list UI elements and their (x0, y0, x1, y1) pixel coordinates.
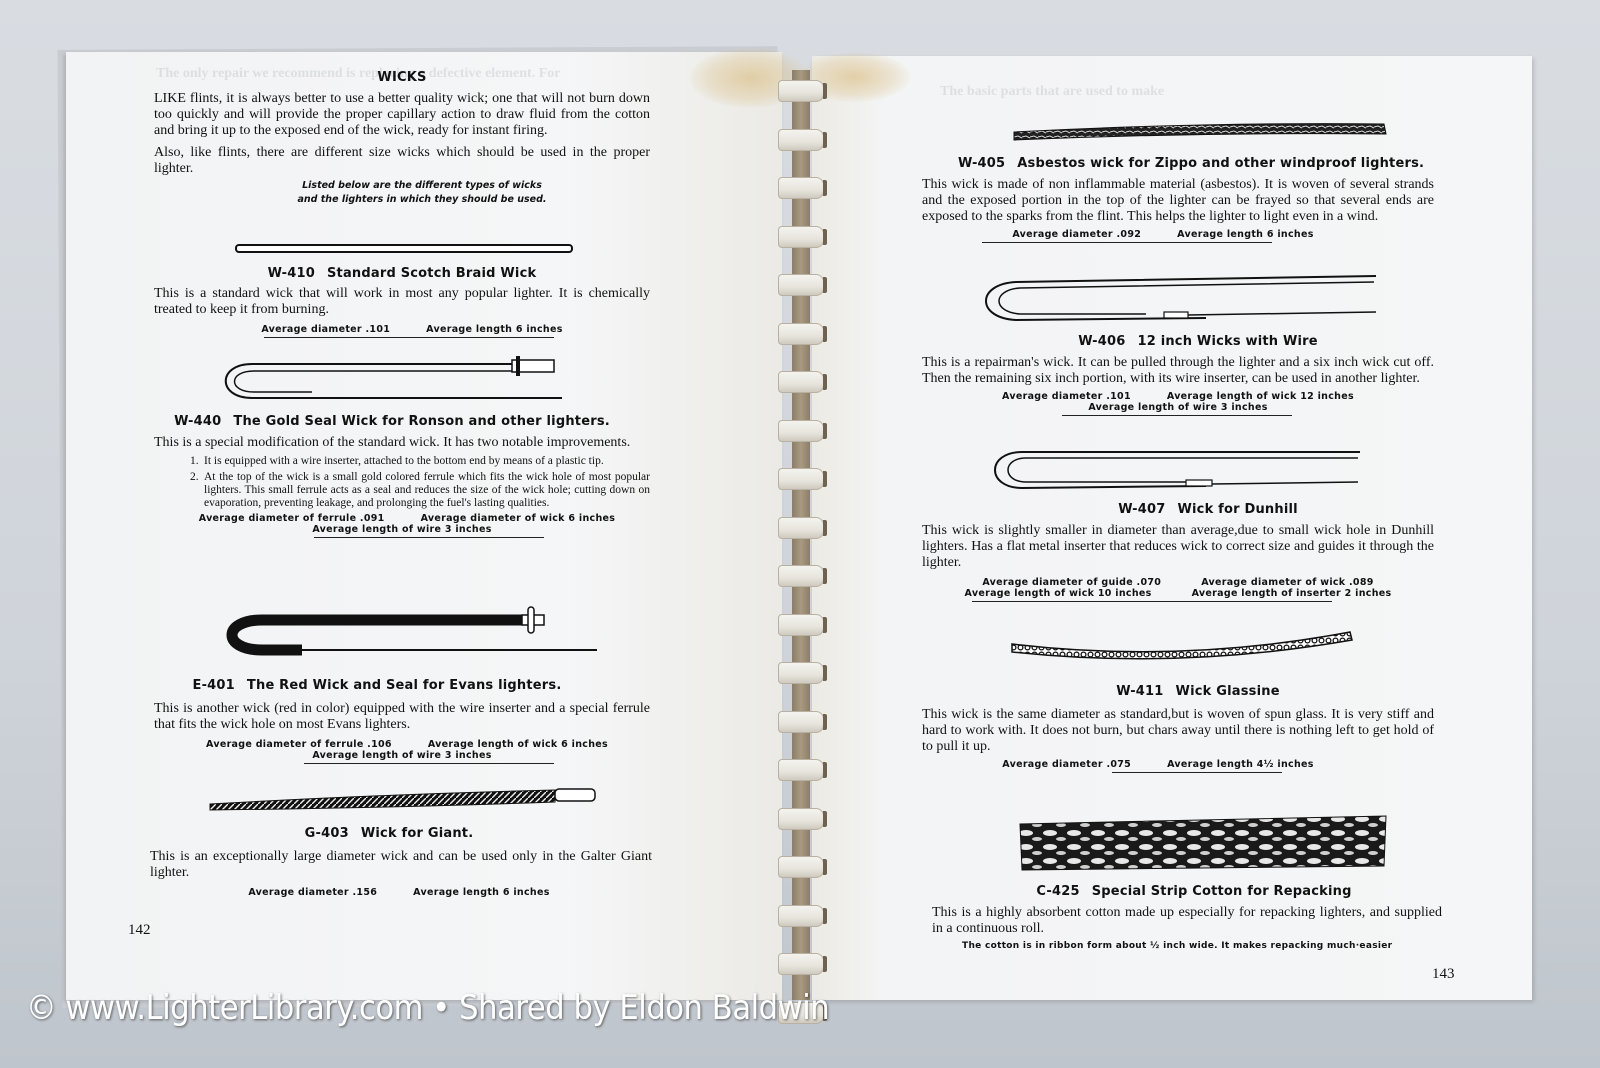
12-inch-wick-illustration (976, 268, 1386, 332)
left-page-content: WICKS LIKE flints, it is always better t… (154, 66, 650, 207)
binding-ring (778, 808, 824, 830)
binding-ring (778, 468, 824, 490)
divider (304, 763, 554, 764)
binding-ring (778, 274, 824, 296)
product-code: W-406 (1078, 334, 1125, 349)
product-description: This wick is made of non inflammable mat… (922, 177, 1434, 225)
asbestos-wick-illustration (1014, 120, 1394, 144)
spec: Average length of wick 12 inches (1167, 391, 1354, 402)
binding-ring (778, 80, 824, 102)
product-code: G-403 (305, 826, 349, 841)
binding-ring (778, 517, 824, 539)
divider (1112, 772, 1282, 773)
divider (972, 601, 1332, 602)
product-name: The Gold Seal Wick for Ronson and other … (233, 414, 610, 429)
spec: Average diameter of guide .070 (982, 577, 1161, 588)
intro-paragraph: Also, like flints, there are different s… (154, 145, 650, 177)
watermark: © www.LighterLibrary.com • Shared by Eld… (26, 988, 829, 1028)
binding-ring (778, 177, 824, 199)
binding-ring (778, 371, 824, 393)
intro-paragraph: LIKE flints, it is always better to use … (154, 91, 650, 139)
spec: Average diameter .101 (261, 324, 390, 335)
divider (314, 537, 544, 538)
product-w405: W-405Asbestos wick for Zippo and other w… (922, 156, 1434, 243)
spec: Average diameter .101 (1002, 391, 1131, 402)
page-title: WICKS (154, 70, 650, 85)
product-w440: W-440The Gold Seal Wick for Ronson and o… (154, 414, 650, 538)
product-description: This is a special modification of the st… (154, 435, 650, 451)
list-note: and the lighters in which they should be… (194, 193, 650, 207)
spec: Average length of wick 10 inches (965, 588, 1152, 599)
binding-ring (778, 905, 824, 927)
page-number: 142 (128, 922, 151, 939)
product-code: E-401 (193, 678, 235, 693)
product-w410: W-410Standard Scotch Braid Wick This is … (154, 266, 650, 338)
wick-illustration (236, 242, 576, 256)
product-name: 12 inch Wicks with Wire (1137, 334, 1317, 349)
product-g403: G-403Wick for Giant. This is an exceptio… (116, 826, 652, 898)
spec: Average length 4½ inches (1167, 759, 1314, 770)
product-w406: W-40612 inch Wicks with Wire This is a r… (922, 334, 1434, 416)
list-item: 2.At the top of the wick is a small gold… (190, 471, 650, 510)
product-name: Wick for Dunhill (1177, 502, 1297, 517)
spec: Average length 6 inches (1177, 229, 1314, 240)
product-name: Standard Scotch Braid Wick (327, 266, 536, 281)
spec: Average diameter of wick .089 (1201, 577, 1373, 588)
spec: Average length of wire 3 inches (312, 524, 491, 535)
binding-ring (778, 226, 824, 248)
wire-inserter-illustration (212, 350, 592, 410)
cotton-strip-illustration (1018, 814, 1390, 874)
product-code: W-407 (1118, 502, 1165, 517)
spec: Average length of wire 3 inches (312, 750, 491, 761)
binding-ring (778, 856, 824, 878)
divider (264, 337, 554, 338)
spec: Average length 6 inches (413, 887, 550, 898)
product-name: The Red Wick and Seal for Evans lighters… (247, 678, 562, 693)
product-code: W-410 (268, 266, 315, 281)
red-wick-illustration (222, 602, 602, 662)
product-description: This is a standard wick that will work i… (154, 286, 650, 318)
binding-ring (778, 953, 824, 975)
binding-ring (778, 420, 824, 442)
binding-ring (778, 614, 824, 636)
spec: Average diameter of wick 6 inches (421, 513, 616, 524)
spec: Average diameter of ferrule .106 (206, 739, 392, 750)
product-note: The cotton is in ribbon form about ½ inc… (922, 941, 1442, 951)
product-description: This is another wick (red in color) equi… (154, 701, 650, 733)
dunhill-wick-illustration (986, 444, 1366, 496)
list-item: 1.It is equipped with a wire inserter, a… (190, 455, 650, 468)
spec: Average diameter .156 (248, 887, 377, 898)
page-number: 143 (1432, 966, 1455, 983)
spec: Average diameter of ferrule .091 (199, 513, 385, 524)
product-name: Special Strip Cotton for Repacking (1092, 884, 1352, 899)
binding-ring (778, 323, 824, 345)
product-e401: E-401The Red Wick and Seal for Evans lig… (154, 678, 650, 764)
spec: Average length 6 inches (426, 324, 563, 335)
product-description: This is a highly absorbent cotton made u… (932, 905, 1442, 937)
binding-ring (778, 711, 824, 733)
divider (1062, 415, 1292, 416)
binding-ring (778, 662, 824, 684)
product-description: This is a repairman's wick. It can be pu… (922, 355, 1434, 387)
glassine-wick-illustration (1010, 630, 1356, 660)
product-code: W-440 (174, 414, 221, 429)
product-w411: W-411Wick Glassine This wick is the same… (922, 684, 1434, 773)
product-description: This wick is slightly smaller in diamete… (922, 523, 1434, 571)
improvements-list: 1.It is equipped with a wire inserter, a… (190, 455, 650, 510)
product-description: This wick is the same diameter as standa… (922, 707, 1434, 755)
product-name: Wick Glassine (1176, 684, 1280, 699)
braided-wick-illustration (210, 786, 600, 812)
product-code: W-411 (1116, 684, 1163, 699)
product-name: Wick for Giant. (361, 826, 474, 841)
spec: Average length of inserter 2 inches (1192, 588, 1392, 599)
binding-ring (778, 129, 824, 151)
product-name: Asbestos wick for Zippo and other windpr… (1017, 156, 1424, 171)
spec: Average length of wire 3 inches (1088, 402, 1267, 413)
binding-ring (778, 565, 824, 587)
spec: Average diameter .075 (1002, 759, 1131, 770)
open-catalog: The only repair we recommend is replacin… (0, 0, 1600, 1068)
product-description: This is an exceptionally large diameter … (150, 849, 652, 881)
spec: Average length of wick 6 inches (428, 739, 608, 750)
product-code: C-425 (1036, 884, 1079, 899)
product-code: W-405 (958, 156, 1005, 171)
divider (982, 242, 1272, 243)
show-through-text: The basic parts that are used to make (940, 84, 1164, 100)
binding-ring (778, 759, 824, 781)
spec: Average diameter .092 (1012, 229, 1141, 240)
list-note: Listed below are the different types of … (194, 179, 650, 193)
product-c425: C-425Special Strip Cotton for Repacking … (922, 884, 1442, 951)
product-w407: W-407Wick for Dunhill This wick is sligh… (922, 502, 1434, 602)
